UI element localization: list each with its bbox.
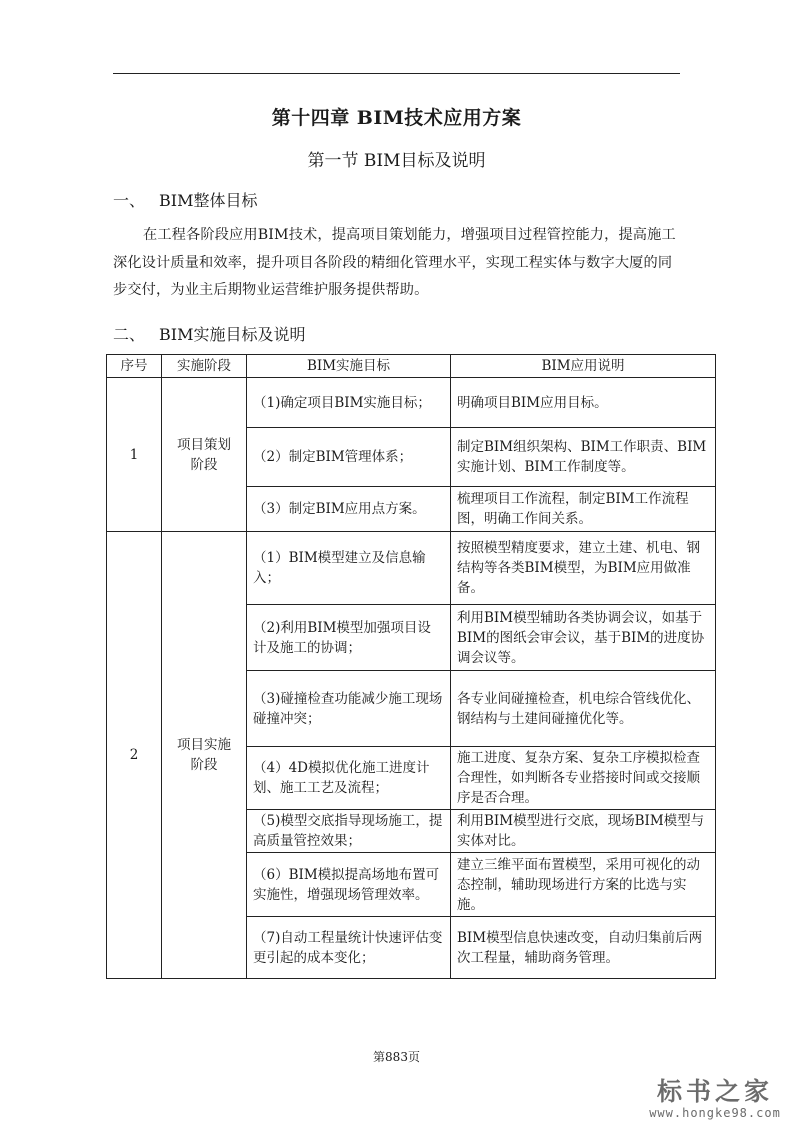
description-cell: 梳理项目工作流程，制定BIM工作流程图，明确工作间关系。 (451, 487, 716, 532)
description-cell: 按照模型精度要求，建立土建、机电、钢结构等各类BIM模型，为BIM应用做准备。 (451, 532, 716, 605)
goal-cell: （4）4D模拟优化施工进度计划、施工工艺及流程； (247, 747, 451, 810)
description-cell: 利用BIM模型辅助各类协调会议，如基于BIM的图纸会审会议，基于BIM的进度协调… (451, 605, 716, 671)
heading-number: 二、 (113, 322, 159, 345)
row-number: 2 (107, 532, 162, 979)
heading-text: BIM实施目标及说明 (159, 325, 305, 344)
heading-number: 一、 (113, 188, 159, 211)
goal-cell: （2)利用BIM模型加强项目设计及施工的协调； (247, 605, 451, 671)
goal-cell: （3)碰撞检查功能减少施工现场碰撞冲突； (247, 671, 451, 747)
goal-cell: （6）BIM模拟提高场地布置可实施性，增强现场管理效率。 (247, 853, 451, 917)
header-stage: 实施阶段 (162, 355, 247, 378)
description-cell: 施工进度、复杂方案、复杂工序模拟检查合理性，如判断各专业搭接时间或交接顺序是否合… (451, 747, 716, 810)
header-description: BIM应用说明 (451, 355, 716, 378)
watermark: 标书之家 www.hongke98.com (640, 1072, 790, 1120)
body-paragraph: 在工程各阶段应用BIM技术，提高项目策划能力，增强项目过程管控能力，提高施工深化… (113, 222, 683, 305)
stage-text: 项目实施阶段 (172, 735, 236, 775)
description-cell: 利用BIM模型进行交底，现场BIM模型与实体对比。 (451, 810, 716, 853)
row-stage: 项目策划阶段 (162, 378, 247, 532)
goal-cell: （5)模型交底指导现场施工，提高质量管控效果； (247, 810, 451, 853)
table-header-row: 序号 实施阶段 BIM实施目标 BIM应用说明 (107, 355, 716, 378)
header-goal: BIM实施目标 (247, 355, 451, 378)
table-row: 1 项目策划阶段 （1)确定项目BIM实施目标； 明确项目BIM应用目标。 (107, 378, 716, 428)
description-cell: 制定BIM组织架构、BIM工作职责、BIM实施计划、BIM工作制度等。 (451, 428, 716, 487)
watermark-url: www.hongke98.com (640, 1106, 790, 1120)
description-cell: 各专业间碰撞检查，机电综合管线优化、钢结构与土建间碰撞优化等。 (451, 671, 716, 747)
chapter-title: 第十四章 BIM技术应用方案 (0, 103, 793, 130)
goal-cell: （1）BIM模型建立及信息输入； (247, 532, 451, 605)
row-number: 1 (107, 378, 162, 532)
header-no: 序号 (107, 355, 162, 378)
table-row: 2 项目实施阶段 （1）BIM模型建立及信息输入； 按照模型精度要求，建立土建、… (107, 532, 716, 605)
watermark-title: 标书之家 (640, 1072, 790, 1108)
row-stage: 项目实施阶段 (162, 532, 247, 979)
heading-implementation-goals: 二、BIM实施目标及说明 (113, 322, 305, 345)
page-number: 第883页 (0, 1048, 793, 1065)
header-rule (113, 73, 680, 74)
bim-goals-table: 序号 实施阶段 BIM实施目标 BIM应用说明 1 项目策划阶段 （1)确定项目… (106, 354, 716, 979)
goal-cell: （1)确定项目BIM实施目标； (247, 378, 451, 428)
description-cell: BIM模型信息快速改变，自动归集前后两次工程量，辅助商务管理。 (451, 917, 716, 979)
heading-overall-goal: 一、BIM整体目标 (113, 188, 257, 211)
section-title: 第一节 BIM目标及说明 (0, 146, 793, 171)
goal-cell: （3）制定BIM应用点方案。 (247, 487, 451, 532)
heading-text: BIM整体目标 (159, 191, 257, 210)
goal-cell: （7)自动工程量统计快速评估变更引起的成本变化； (247, 917, 451, 979)
stage-text: 项目策划阶段 (172, 435, 236, 475)
description-cell: 建立三维平面布置模型，采用可视化的动态控制，辅助现场进行方案的比选与实施。 (451, 853, 716, 917)
description-cell: 明确项目BIM应用目标。 (451, 378, 716, 428)
goal-cell: （2）制定BIM管理体系； (247, 428, 451, 487)
